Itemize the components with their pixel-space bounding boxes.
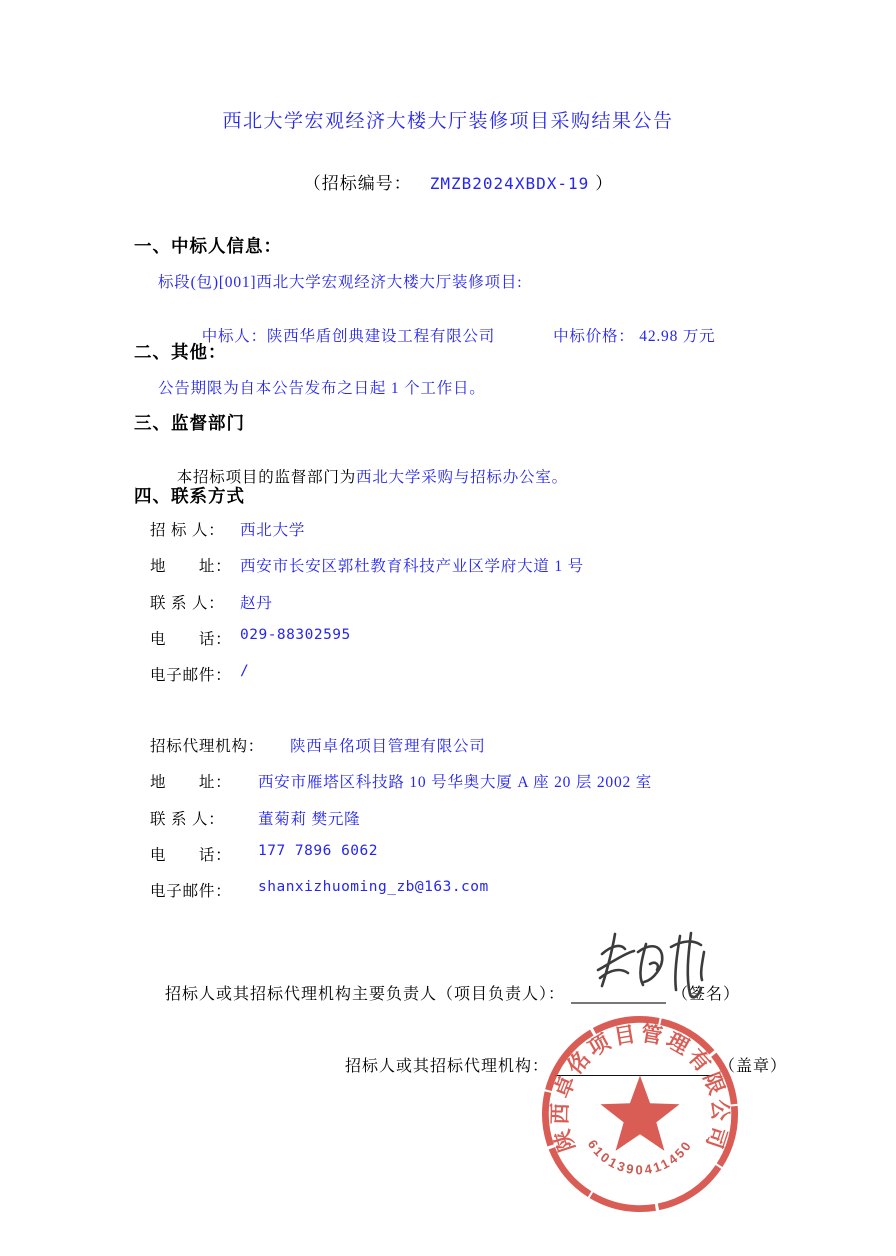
agency-name-row: 招标代理机构： 陕西卓佲项目管理有限公司: [150, 734, 486, 756]
agency-phone-label: 电 话：: [150, 843, 236, 865]
agency-email-row: 电子邮件： shanxizhuoming_zb@163.com: [150, 879, 489, 901]
lot-line: 标段(包)[001]西北大学宏观经济大楼大厅装修项目:: [158, 270, 522, 292]
winner-name: 中标人：陕西华盾创典建设工程有限公司: [202, 328, 495, 345]
agency-email-label: 电子邮件：: [150, 879, 236, 901]
tender-number-suffix: ）: [595, 174, 613, 193]
agency-address-label: 地 址：: [150, 770, 236, 792]
bidder-address-label: 地 址：: [150, 554, 236, 576]
agency-contact-person-value: 董菊莉 樊元隆: [258, 807, 360, 829]
leader-sign-label: 招标人或其招标代理机构主要负责人（项目负责人）：: [165, 981, 565, 1004]
announcement-period-line: 公告期限为自本公告发布之日起 1 个工作日。: [158, 376, 486, 398]
org-sign-label: 招标人或其招标代理机构：: [345, 1053, 549, 1076]
agency-phone-value: 177 7896 6062: [258, 843, 378, 865]
bidder-address-row: 地 址： 西安市长安区郭杜教育科技产业区学府大道 1 号: [150, 554, 584, 576]
agency-contact-person-row: 联 系 人： 董菊莉 樊元隆: [150, 807, 360, 829]
signature-handwriting: [588, 922, 730, 1004]
tender-number: ZMZB2024XBDX-19: [430, 174, 590, 193]
section-heading-winner: 一、中标人信息：: [134, 233, 282, 258]
bidder-email-label: 电子邮件：: [150, 663, 236, 685]
section-heading-contact: 四、联系方式: [134, 483, 245, 508]
svg-text:6101390411450: 6101390411450: [585, 1137, 695, 1177]
agency-email-value: shanxizhuoming_zb@163.com: [258, 879, 489, 901]
page-title: 西北大学宏观经济大楼大厅装修项目采购结果公告: [0, 106, 896, 133]
agency-contact-person-label: 联 系 人：: [150, 807, 236, 829]
agency-name-label: 招标代理机构：: [150, 734, 268, 756]
bidder-name-value: 西北大学: [240, 518, 305, 540]
seal-star: [600, 1076, 679, 1151]
tender-number-line: （招标编号：ZMZB2024XBDX-19）: [0, 149, 896, 214]
bidder-email-value: /: [240, 663, 249, 685]
winner-price-line: 中标人：陕西华盾创典建设工程有限公司中标价格： 42.98 万元: [183, 306, 715, 364]
section-heading-other: 二、其他：: [134, 339, 227, 364]
bidder-contact-person-row: 联 系 人： 赵丹: [150, 591, 273, 613]
document-page: 西北大学宏观经济大楼大厅装修项目采购结果公告 （招标编号：ZMZB2024XBD…: [0, 0, 896, 1256]
supervision-office: 西北大学采购与招标办公室。: [356, 469, 568, 486]
seal-serial-number: 6101390411450: [585, 1137, 695, 1177]
bidder-name-row: 招 标 人： 西北大学: [150, 518, 305, 540]
bidder-email-row: 电子邮件： /: [150, 663, 249, 685]
agency-name-value: 陕西卓佲项目管理有限公司: [290, 734, 486, 756]
agency-address-value: 西安市雁塔区科技路 10 号华奥大厦 A 座 20 层 2002 室: [258, 770, 652, 792]
bidder-phone-row: 电 话： 029-88302595: [150, 627, 351, 649]
bidder-phone-label: 电 话：: [150, 627, 236, 649]
bidder-contact-person-label: 联 系 人：: [150, 591, 236, 613]
agency-address-row: 地 址： 西安市雁塔区科技路 10 号华奥大厦 A 座 20 层 2002 室: [150, 770, 652, 792]
company-seal-stamp: 陕西卓佲项目管理有限公司 6101390411450: [536, 1010, 744, 1218]
tender-number-prefix: （招标编号：: [304, 174, 412, 193]
section-heading-supervision: 三、监督部门: [134, 410, 245, 435]
winner-price: 中标价格： 42.98 万元: [553, 328, 715, 345]
bidder-name-label: 招 标 人：: [150, 518, 236, 540]
bidder-contact-person-value: 赵丹: [240, 591, 273, 613]
bidder-phone-value: 029-88302595: [240, 627, 351, 649]
bidder-address-value: 西安市长安区郭杜教育科技产业区学府大道 1 号: [240, 554, 584, 576]
agency-phone-row: 电 话： 177 7896 6062: [150, 843, 378, 865]
